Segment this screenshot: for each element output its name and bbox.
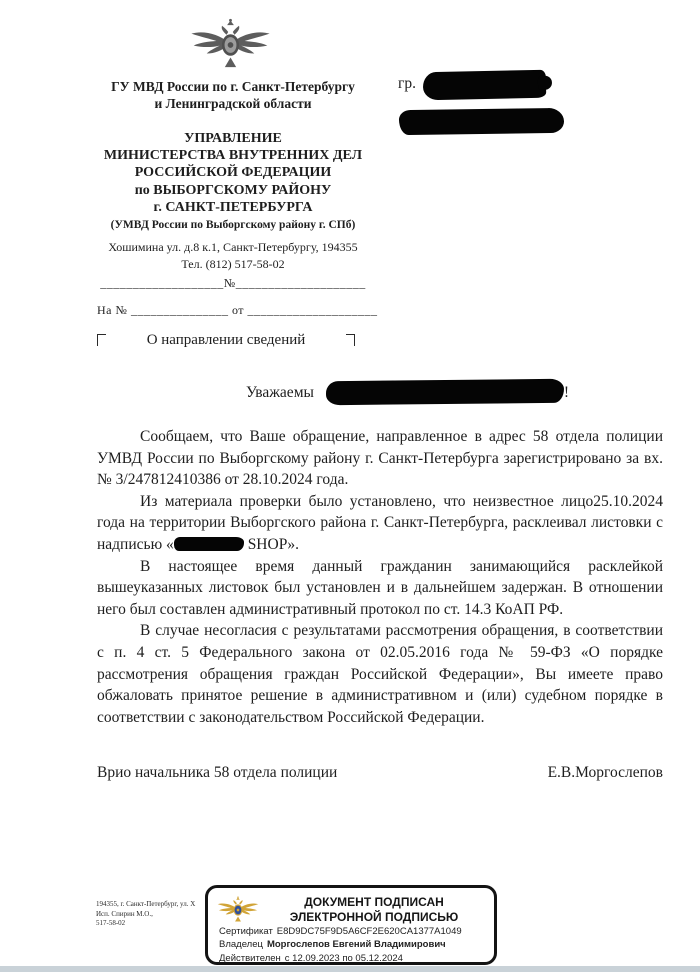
subject-line: О направлении сведений	[147, 330, 306, 349]
salutation-line: Уважаемы!	[246, 380, 569, 404]
paragraph-findings: Из материала проверки было установлено, …	[97, 491, 663, 556]
stamp-title-line1: ДОКУМЕНТ ПОДПИСАН	[260, 895, 488, 910]
stamp-certificate-value: E8D9DC75F9D5A6CF2E620CA1377A1049	[277, 926, 462, 937]
executor-note-name: Исп. Спирин М.О.,	[96, 910, 195, 920]
salutation-suffix: !	[564, 384, 569, 401]
paragraph-appeal-rights: В случае несогласия с результатами рассм…	[97, 620, 663, 728]
stamp-owner-value: Моргослепов Евгений Владимирович	[267, 939, 446, 950]
department-name: УПРАВЛЕНИЕ МИНИСТЕРСТВА ВНУТРЕННИХ ДЕЛ Р…	[85, 130, 381, 216]
salutation-prefix: Уважаемы	[246, 384, 314, 401]
stamp-certificate-row: СертификатE8D9DC75F9D5A6CF2E620CA1377A10…	[219, 925, 488, 938]
incoming-number-blank-line: На № _______________ от ________________…	[97, 303, 378, 318]
signature-row: Врио начальника 58 отдела полиции Е.В.Мо…	[97, 764, 663, 782]
department-line: УПРАВЛЕНИЕ	[85, 130, 381, 147]
stamp-certificate-label: Сертификат	[219, 926, 273, 937]
redaction-recipient-address	[399, 108, 564, 135]
stamp-validity-label: Действителен	[219, 953, 281, 964]
scanned-letter-page: ГУ МВД России по г. Санкт-Петербургу и Л…	[0, 0, 700, 972]
stamp-owner-row: ВладелецМоргослепов Евгений Владимирович	[219, 938, 488, 951]
stamp-details: СертификатE8D9DC75F9D5A6CF2E620CA1377A10…	[219, 925, 488, 965]
corner-mark-left-icon	[97, 334, 106, 346]
department-abbreviation: (УМВД России по Выборгскому району г. СП…	[85, 217, 381, 233]
paragraph-detention: В настоящее время данный гражданин заним…	[97, 556, 663, 621]
redaction-recipient-name	[423, 70, 547, 101]
department-line: РОССИЙСКОЙ ФЕДЕРАЦИИ	[85, 164, 381, 181]
stamp-validity-row: Действителенс 12.09.2023 по 05.12.2024	[219, 952, 488, 965]
stamp-owner-label: Владелец	[219, 939, 263, 950]
org-name-line2: и Ленинградской области	[85, 95, 381, 112]
stamp-emblem-icon	[216, 891, 260, 929]
outgoing-number-blank-line: ___________________№____________________	[85, 276, 381, 291]
org-phone: Тел. (812) 517-58-02	[85, 256, 381, 273]
department-line: г. САНКТ-ПЕТЕРБУРГА	[85, 199, 381, 216]
stamp-title: ДОКУМЕНТ ПОДПИСАН ЭЛЕКТРОННОЙ ПОДПИСЬЮ	[260, 895, 488, 924]
paragraph-registration: Сообщаем, что Ваше обращение, направленн…	[97, 426, 663, 491]
executor-note-address: 194355, г. Санкт-Петербург, ул. Х	[96, 900, 195, 910]
letter-body: Сообщаем, что Ваше обращение, направленн…	[97, 426, 663, 728]
mvd-emblem-icon	[188, 12, 273, 78]
department-line: МИНИСТЕРСТВА ВНУТРЕННИХ ДЕЛ	[85, 147, 381, 164]
redaction-salutation-name	[326, 379, 564, 405]
org-name-line1: ГУ МВД России по г. Санкт-Петербургу	[85, 78, 381, 95]
stamp-validity-value: с 12.09.2023 по 05.12.2024	[285, 953, 403, 964]
recipient-greeting-label: гр.	[398, 75, 416, 93]
paragraph-findings-text-after: SHOP».	[244, 536, 299, 553]
department-line: по ВЫБОРГСКОМУ РАЙОНУ	[85, 182, 381, 199]
e-signature-stamp: ДОКУМЕНТ ПОДПИСАН ЭЛЕКТРОННОЙ ПОДПИСЬЮ С…	[205, 885, 497, 965]
letterhead: ГУ МВД России по г. Санкт-Петербургу и Л…	[85, 78, 381, 273]
org-address: Хошимина ул. д.8 к.1, Санкт-Петербургу, …	[85, 239, 381, 256]
stamp-title-line2: ЭЛЕКТРОННОЙ ПОДПИСЬЮ	[260, 910, 488, 925]
scan-edge-bar	[0, 966, 700, 972]
executor-note-phone: 517-58-02	[96, 919, 195, 929]
corner-mark-right-icon	[346, 334, 355, 346]
executor-note: 194355, г. Санкт-Петербург, ул. Х Исп. С…	[96, 900, 195, 929]
signer-position: Врио начальника 58 отдела полиции	[97, 764, 337, 782]
redaction-shop-name	[174, 537, 244, 551]
signer-name: Е.В.Моргослепов	[548, 764, 663, 782]
subject-row: О направлении сведений	[97, 330, 355, 349]
